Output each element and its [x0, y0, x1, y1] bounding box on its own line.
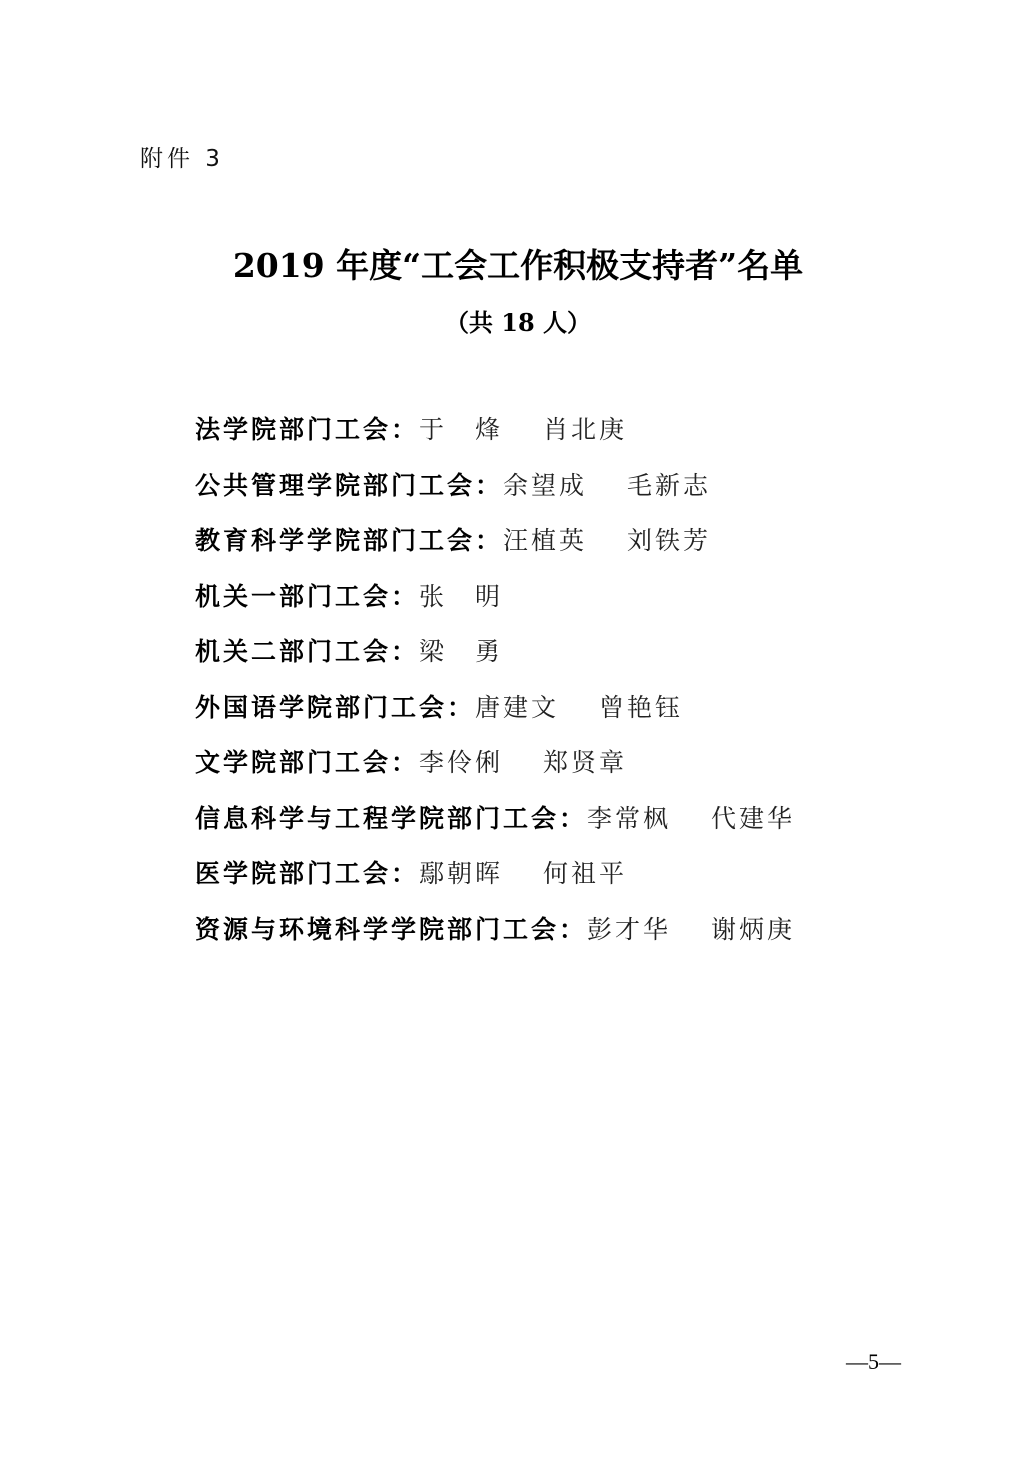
member-name: 唐建文	[475, 693, 559, 722]
list-item: 医学院部门工会：鄢朝晖何祖平	[195, 854, 795, 910]
member-name: 谢炳庚	[711, 915, 795, 944]
member-names: 张 明	[419, 582, 503, 611]
document-subtitle: （共 18 人）	[0, 303, 1036, 338]
union-unit: 法学院部门工会：	[195, 415, 419, 444]
member-names: 余望成毛新志	[503, 471, 711, 500]
member-name: 肖北庚	[543, 415, 627, 444]
member-name: 曾艳钰	[599, 693, 683, 722]
document-title: 2019 年度“工会工作积极支持者”名单	[0, 240, 1036, 287]
list-item: 法学院部门工会：于 烽肖北庚	[195, 410, 795, 466]
union-unit: 公共管理学院部门工会：	[195, 471, 503, 500]
list-item: 机关一部门工会：张 明	[195, 577, 795, 633]
member-name: 代建华	[711, 804, 795, 833]
union-unit: 信息科学与工程学院部门工会：	[195, 804, 587, 833]
list-item: 公共管理学院部门工会：余望成毛新志	[195, 466, 795, 522]
member-names: 于 烽肖北庚	[419, 415, 627, 444]
list-item: 文学院部门工会：李伶俐郑贤章	[195, 743, 795, 799]
list-item: 教育科学学院部门工会：汪植英刘铁芳	[195, 521, 795, 577]
union-unit: 机关一部门工会：	[195, 582, 419, 611]
union-unit: 医学院部门工会：	[195, 859, 419, 888]
page-number: —5—	[846, 1349, 901, 1375]
member-name: 彭才华	[587, 915, 671, 944]
union-unit: 机关二部门工会：	[195, 637, 419, 666]
union-unit: 外国语学院部门工会：	[195, 693, 475, 722]
member-name: 李常枫	[587, 804, 671, 833]
member-names: 鄢朝晖何祖平	[419, 859, 627, 888]
member-name: 汪植英	[503, 526, 587, 555]
member-name: 郑贤章	[543, 748, 627, 777]
union-unit: 教育科学学院部门工会：	[195, 526, 503, 555]
member-name: 毛新志	[627, 471, 711, 500]
member-name: 鄢朝晖	[419, 859, 503, 888]
member-names: 唐建文曾艳钰	[475, 693, 683, 722]
document-page: 附件 3 2019 年度“工会工作积极支持者”名单 （共 18 人） 法学院部门…	[0, 0, 1036, 1465]
member-names: 彭才华谢炳庚	[587, 915, 795, 944]
member-name: 刘铁芳	[627, 526, 711, 555]
member-names: 李常枫代建华	[587, 804, 795, 833]
member-name: 梁 勇	[419, 637, 503, 666]
member-names: 梁 勇	[419, 637, 503, 666]
member-name: 余望成	[503, 471, 587, 500]
union-unit: 文学院部门工会：	[195, 748, 419, 777]
member-names: 汪植英刘铁芳	[503, 526, 711, 555]
union-unit: 资源与环境科学学院部门工会：	[195, 915, 587, 944]
list-item: 机关二部门工会：梁 勇	[195, 632, 795, 688]
member-name: 于 烽	[419, 415, 503, 444]
list-item: 外国语学院部门工会：唐建文曾艳钰	[195, 688, 795, 744]
list-item: 资源与环境科学学院部门工会：彭才华谢炳庚	[195, 910, 795, 966]
supporter-list: 法学院部门工会：于 烽肖北庚 公共管理学院部门工会：余望成毛新志 教育科学学院部…	[195, 410, 795, 965]
member-name: 张 明	[419, 582, 503, 611]
member-name: 李伶俐	[419, 748, 503, 777]
member-names: 李伶俐郑贤章	[419, 748, 627, 777]
member-name: 何祖平	[543, 859, 627, 888]
list-item: 信息科学与工程学院部门工会：李常枫代建华	[195, 799, 795, 855]
attachment-label: 附件 3	[140, 140, 224, 173]
